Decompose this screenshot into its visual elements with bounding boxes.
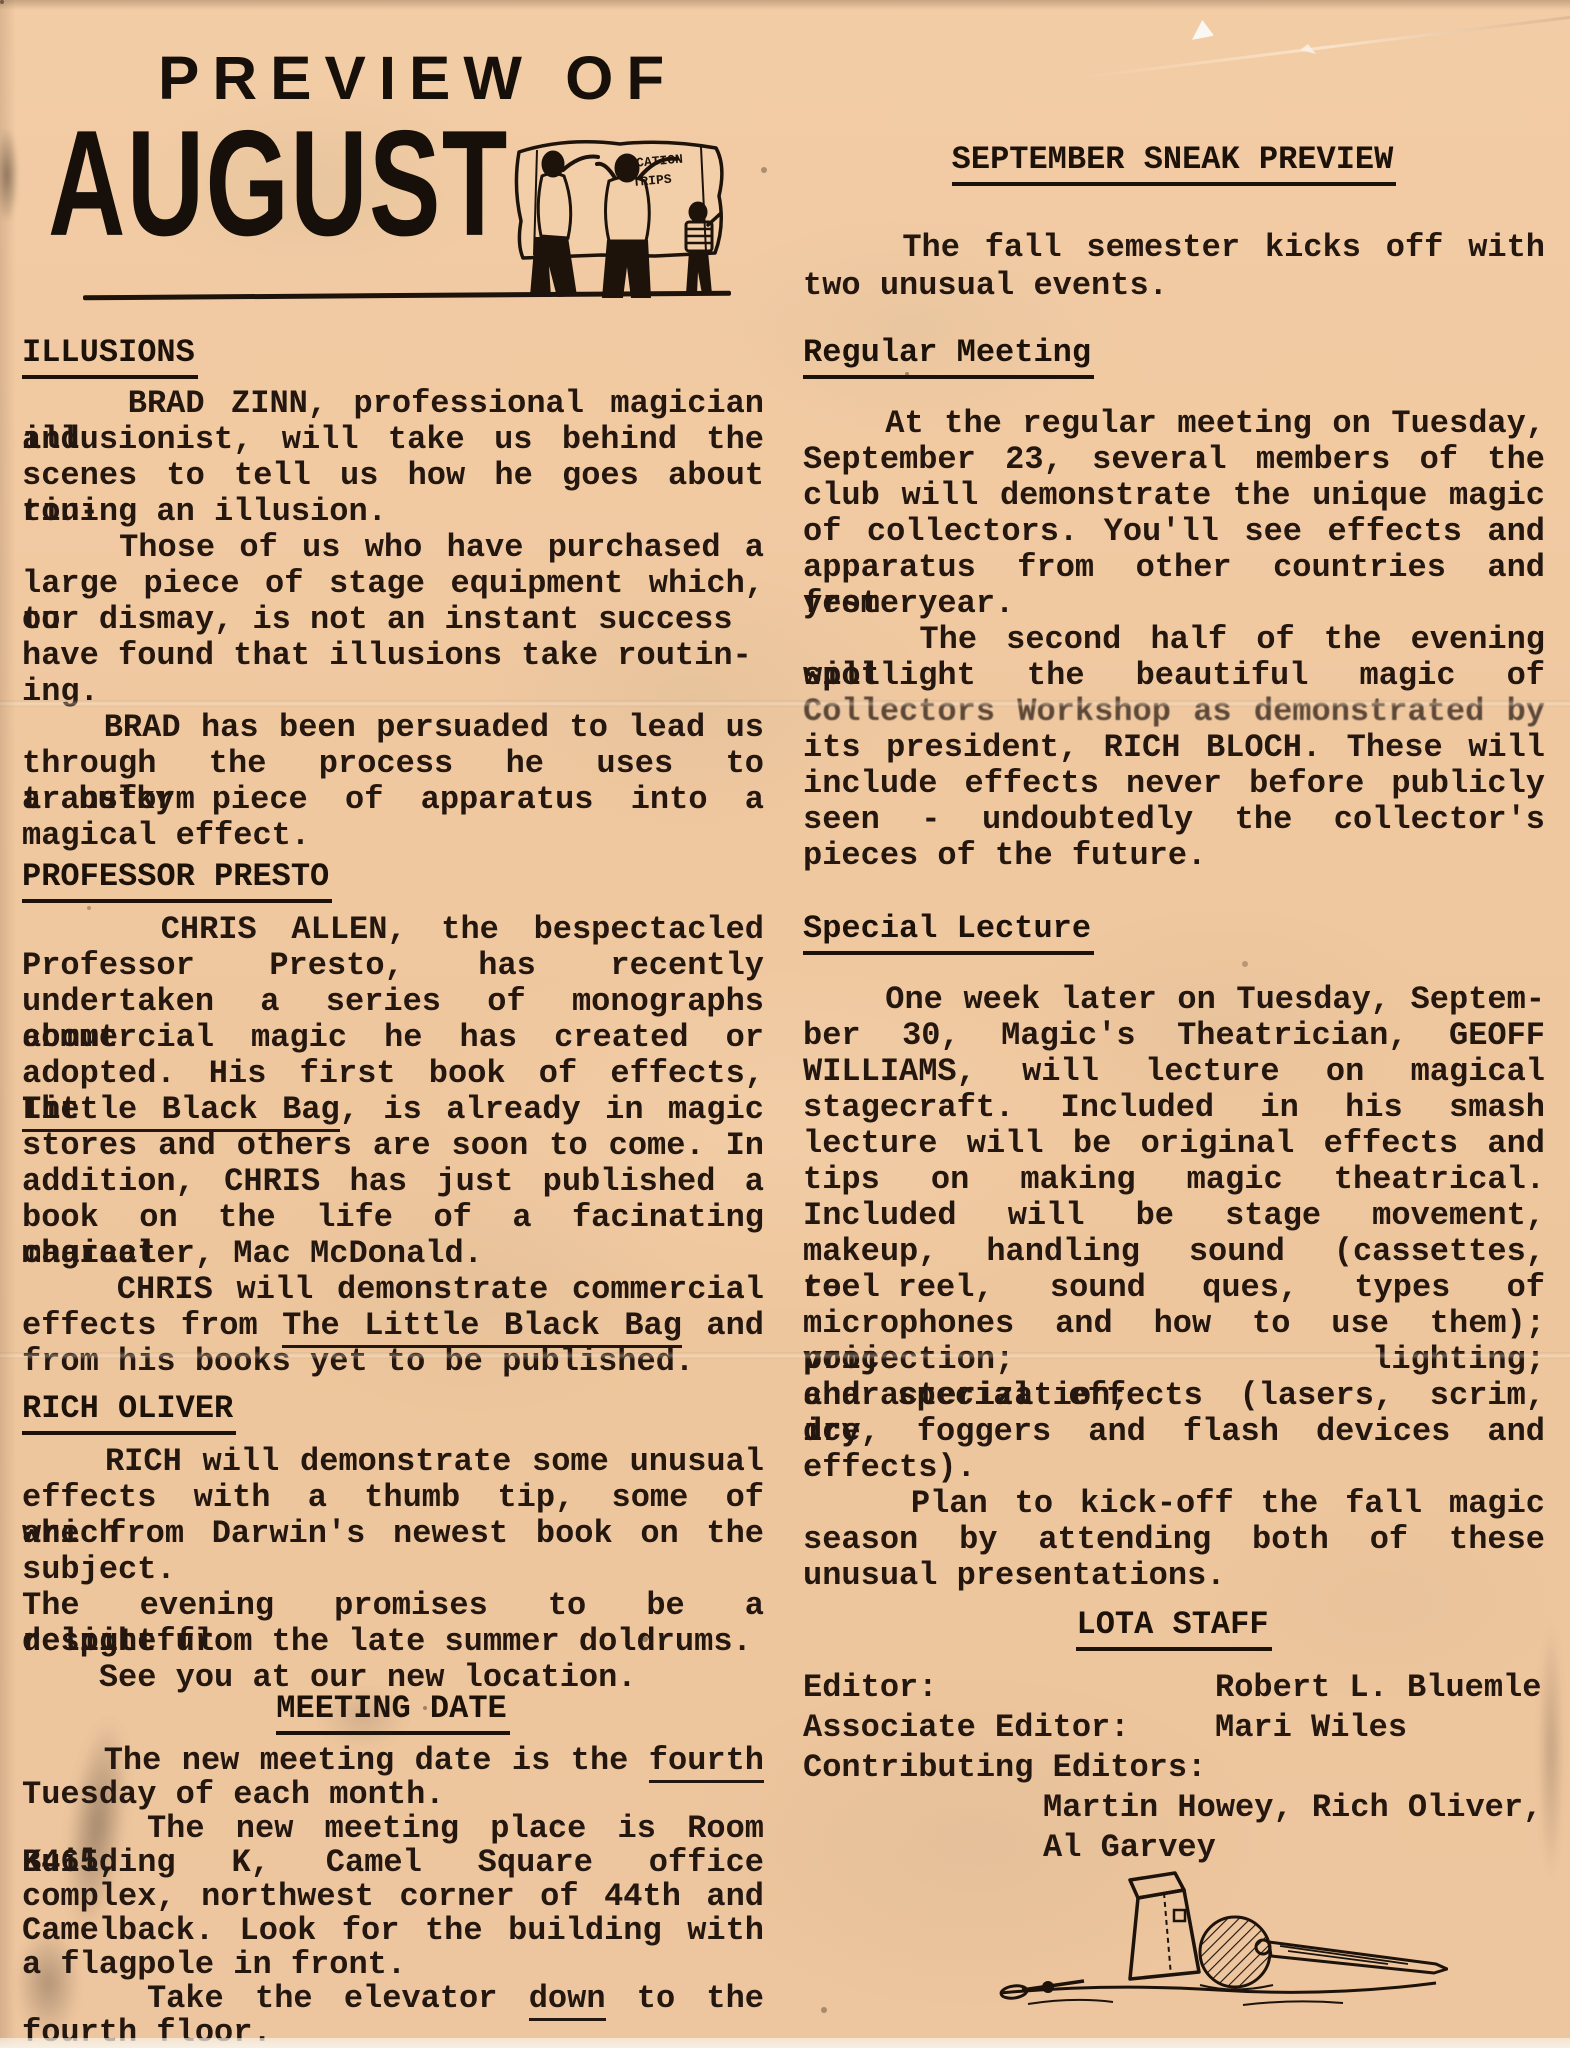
text-line: effects with a thumb tip, some of which	[22, 1480, 764, 1516]
text-line: through the process he uses to transform	[22, 746, 764, 782]
text-line: The second half of the evening will	[803, 622, 1545, 658]
newsletter-page: PREVIEW OF AUGUST VACATION TRIPS ILLUSIO…	[0, 0, 1570, 2048]
text-line: The fall semester kicks off with	[803, 229, 1545, 267]
text-line: The evening promises to be a delightful	[22, 1588, 764, 1624]
left-edge-shade	[0, 0, 16, 2048]
text-line: and special effects (lasers, scrim, dry	[803, 1378, 1545, 1414]
section-heading-regular: Regular Meeting	[803, 334, 1094, 379]
text-line: complex, northwest corner of 44th and	[22, 1880, 764, 1914]
text-line: a flagpole in front.	[22, 1948, 764, 1982]
text-line: ing.	[22, 674, 764, 710]
text-line: Camelback. Look for the building with	[22, 1914, 764, 1948]
vacation-trips-poster-illustration: VACATION TRIPS	[505, 126, 737, 308]
section-heading-special: Special Lecture	[803, 910, 1094, 955]
text-line: One week later on Tuesday, Septem-	[803, 982, 1545, 1018]
underlined-phrase: The Little Black Bag	[282, 1307, 682, 1348]
section-body-ssp: The fall semester kicks off withtwo unus…	[803, 229, 1545, 305]
text-line: to reel, sound ques, types of	[803, 1270, 1545, 1306]
bottom-edge	[0, 2038, 1570, 2048]
text-line: stagecraft. Included in his smash	[803, 1090, 1545, 1126]
staff-contributor-name: Martin Howey, Rich Oliver,	[803, 1788, 1563, 1828]
text-line: projection; lighting; characterization;	[803, 1342, 1545, 1378]
text-line: two unusual events.	[803, 267, 1545, 305]
staff-contributing-label: Contributing Editors:	[803, 1748, 1563, 1788]
underlined-phrase: fourth	[649, 1742, 764, 1783]
section-heading-text: Regular Meeting	[803, 334, 1094, 379]
text-line: BRAD ZINN, professional magician and	[22, 386, 764, 422]
text-line: Collectors Workshop as demonstrated by	[803, 694, 1545, 730]
section-body-presto: CHRIS ALLEN, the bespectacledProfessor P…	[22, 912, 764, 1380]
text-line: The new meeting date is the fourth	[22, 1744, 764, 1778]
section-body-regular: At the regular meeting on Tuesday,Septem…	[803, 406, 1545, 874]
section-heading-text: ILLUSIONS	[22, 334, 198, 379]
section-body-illusions: BRAD ZINN, professional magician andillu…	[22, 386, 764, 854]
text-line: Take the elevator down to the	[22, 1982, 764, 2016]
section-body-special: One week later on Tuesday, Septem-ber 30…	[803, 982, 1545, 1594]
text-line: ice, foggers and flash devices and	[803, 1414, 1545, 1450]
staff-row: Editor:Robert L. Bluemle	[803, 1668, 1563, 1708]
text-line: of collectors. You'll see effects and	[803, 514, 1545, 550]
text-line: Tuesday of each month.	[22, 1778, 764, 1812]
text-line: lecture will be original effects and	[803, 1126, 1545, 1162]
text-line: Included will be stage movement,	[803, 1198, 1545, 1234]
text-line: club will demonstrate the unique magic	[803, 478, 1545, 514]
text-line: apparatus from other countries and from	[803, 550, 1545, 586]
staff-person-name: Robert L. Bluemle	[1215, 1668, 1541, 1708]
text-line: a bulky piece of apparatus into a	[22, 782, 764, 818]
staff-row: Associate Editor:Mari Wiles	[803, 1708, 1563, 1748]
text-line: WILLIAMS, will lecture on magical	[803, 1054, 1545, 1090]
text-line: illusionist, will take us behind the	[22, 422, 764, 458]
text-line: character, Mac McDonald.	[22, 1236, 764, 1272]
text-line: from his books yet to be published.	[22, 1344, 764, 1380]
text-line: CHRIS ALLEN, the bespectacled	[22, 912, 764, 948]
text-line: are from Darwin's newest book on the	[22, 1516, 764, 1552]
text-line: respite from the late summer doldrums.	[22, 1624, 764, 1660]
top-edge-shade	[0, 0, 1570, 10]
text-line: yesteryear.	[803, 586, 1545, 622]
section-body-meeting: The new meeting date is the fourthTuesda…	[22, 1744, 764, 2048]
section-heading-text: LOTA STAFF	[1076, 1606, 1271, 1651]
beach-gear-illustration	[988, 1852, 1448, 2027]
underlined-phrase: down	[529, 1980, 606, 2021]
text-line: undertaken a series of monographs about	[22, 984, 764, 1020]
text-line: Building K, Camel Square office	[22, 1846, 764, 1880]
text-line: have found that illusions take routin-	[22, 638, 764, 674]
text-line: effects from The Little Black Bag and	[22, 1308, 764, 1344]
text-line: BRAD has been persuaded to lead us	[22, 710, 764, 746]
text-line: tips on making magic theatrical.	[803, 1162, 1545, 1198]
text-line: season by attending both of these	[803, 1522, 1545, 1558]
section-heading-text: Special Lecture	[803, 910, 1094, 955]
text-line: scenes to tell us how he goes about rou-	[22, 458, 764, 494]
section-heading-presto: PROFESSOR PRESTO	[22, 858, 332, 903]
text-line: unusual presentations.	[803, 1558, 1545, 1594]
text-line: book on the life of a facinating magical	[22, 1200, 764, 1236]
text-line: microphones and how to use them); voice	[803, 1306, 1545, 1342]
section-heading-text: SEPTEMBER SNEAK PREVIEW	[952, 141, 1397, 186]
text-line: RICH will demonstrate some unusual	[22, 1444, 764, 1480]
text-line: Professor Presto, has recently	[22, 948, 764, 984]
section-heading-ssp: SEPTEMBER SNEAK PREVIEW	[803, 141, 1545, 186]
staff-person-name: Mari Wiles	[1215, 1708, 1407, 1748]
text-line: subject.	[22, 1552, 764, 1588]
staff-role-label: Editor:	[803, 1669, 937, 1706]
text-line: tining an illusion.	[22, 494, 764, 530]
masthead-title-line2: AUGUST	[48, 108, 509, 258]
paper-tear	[1188, 20, 1214, 40]
staff-role-label: Associate Editor:	[803, 1709, 1129, 1746]
section-heading-text: PROFESSOR PRESTO	[22, 858, 332, 903]
text-line: The new meeting place is Room K465,	[22, 1812, 764, 1846]
text-line: its president, RICH BLOCH. These will	[803, 730, 1545, 766]
text-line: our dismay, is not an instant success	[22, 602, 764, 638]
text-line: CHRIS will demonstrate commercial	[22, 1272, 764, 1308]
staff-list: Editor:Robert L. BluemleAssociate Editor…	[803, 1668, 1563, 1868]
text-line: spotlight the beautiful magic of	[803, 658, 1545, 694]
section-body-rich: RICH will demonstrate some unusualeffect…	[22, 1444, 764, 1696]
text-line: adopted. His first book of effects, The	[22, 1056, 764, 1092]
text-line: ber 30, Magic's Theatrician, GEOFF	[803, 1018, 1545, 1054]
text-line: commercial magic he has created or	[22, 1020, 764, 1056]
section-heading-illusions: ILLUSIONS	[22, 334, 198, 379]
text-line: seen - undoubtedly the collector's	[803, 802, 1545, 838]
section-heading-meeting: MEETING DATE	[22, 1690, 764, 1735]
text-line: Little Black Bag, is already in magic	[22, 1092, 764, 1128]
paper-tear-small	[1300, 44, 1316, 54]
text-line: magical effect.	[22, 818, 764, 854]
text-line: stores and others are soon to come. In	[22, 1128, 764, 1164]
text-line: September 23, several members of the	[803, 442, 1545, 478]
section-heading-lota: LOTA STAFF	[803, 1606, 1545, 1651]
paper-crease-diagonal	[1077, 16, 1570, 80]
section-heading-text: MEETING DATE	[276, 1690, 509, 1735]
section-heading-rich: RICH OLIVER	[22, 1390, 236, 1435]
text-line: Plan to kick-off the fall magic	[803, 1486, 1545, 1522]
text-line: makeup, handling sound (cassettes, reel	[803, 1234, 1545, 1270]
section-heading-text: RICH OLIVER	[22, 1390, 236, 1435]
text-line: large piece of stage equipment which, to	[22, 566, 764, 602]
text-line: At the regular meeting on Tuesday,	[803, 406, 1545, 442]
text-line: include effects never before publicly	[803, 766, 1545, 802]
text-line: Those of us who have purchased a	[22, 530, 764, 566]
underlined-phrase: Little Black Bag	[22, 1091, 340, 1132]
text-line: addition, CHRIS has just published a	[22, 1164, 764, 1200]
text-line: pieces of the future.	[803, 838, 1545, 874]
text-line: effects).	[803, 1450, 1545, 1486]
